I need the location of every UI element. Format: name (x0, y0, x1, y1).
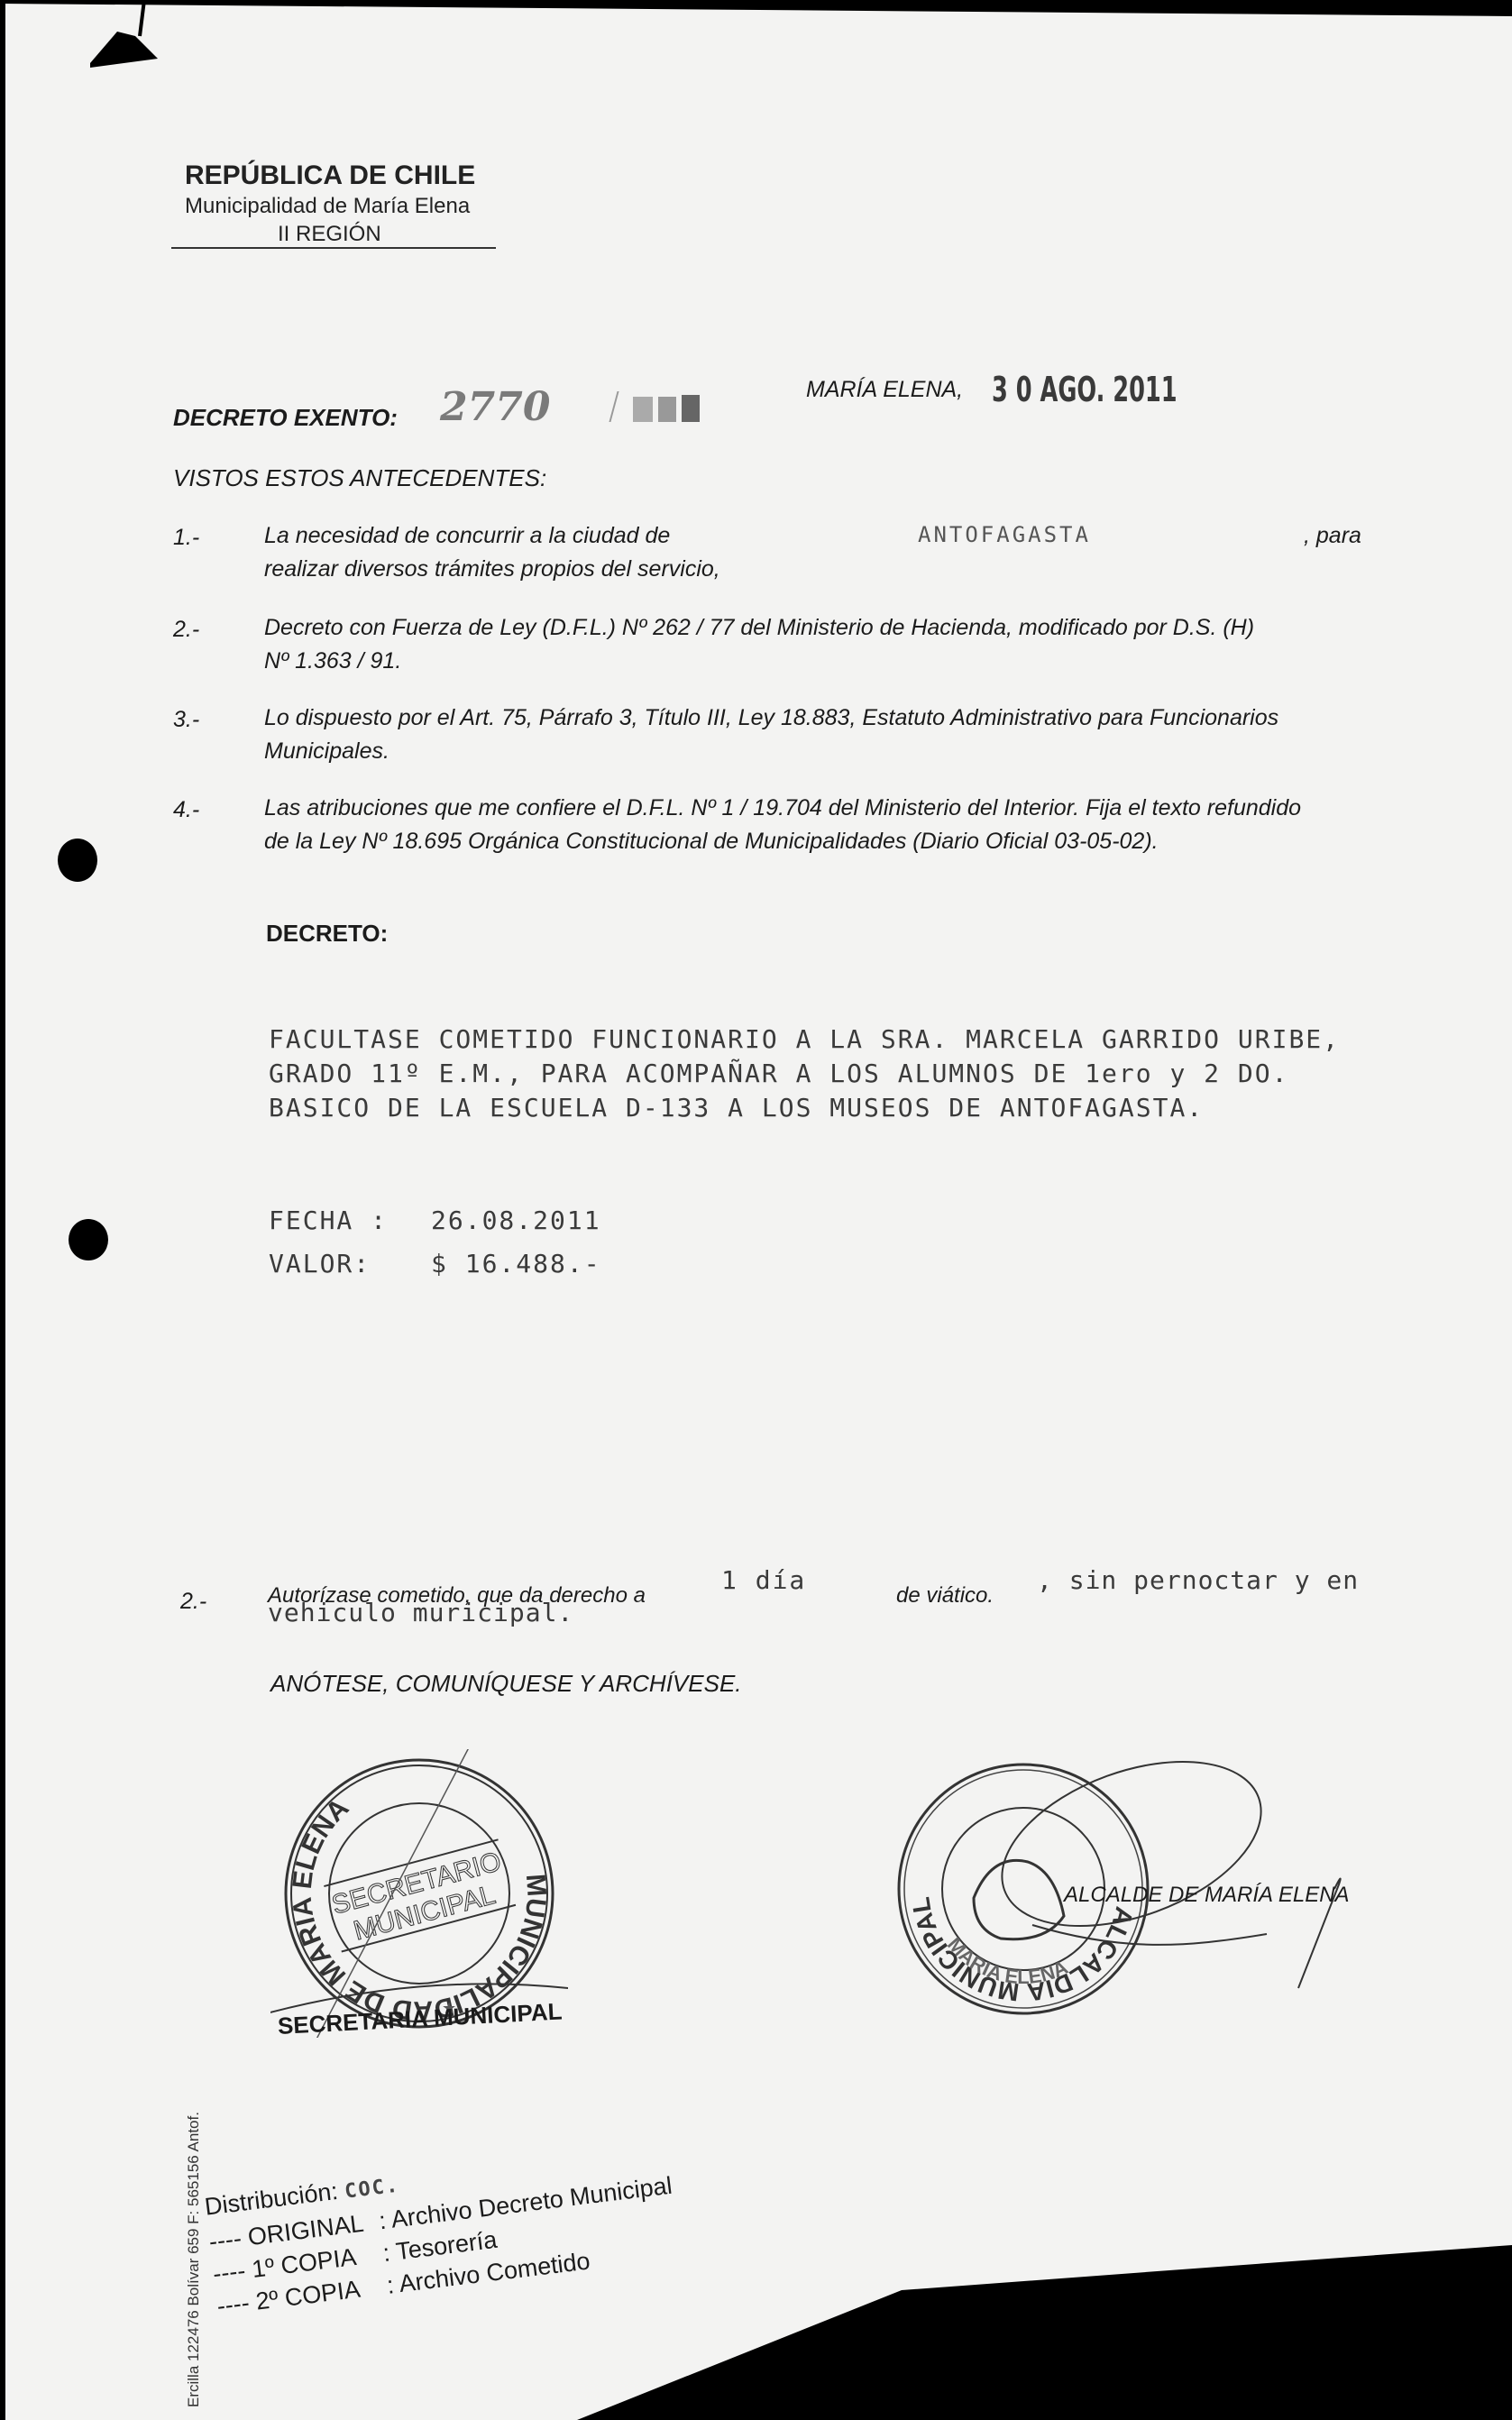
item2-number: 2.- (180, 1589, 206, 1615)
number-stamp-marks (613, 390, 703, 426)
fecha-valor-block: FECHA :26.08.2011 VALOR:$ 16.488.- (269, 1199, 601, 1286)
punch-hole (58, 839, 97, 882)
valor-label: VALOR: (269, 1242, 431, 1286)
item-4-line1: Las atribuciones que me confiere el D.F.… (264, 792, 1301, 825)
item-2-line1: Decreto con Fuerza de Ley (D.F.L.) Nº 26… (264, 611, 1254, 645)
closing-formula: ANÓTESE, COMUNÍQUESE Y ARCHÍVESE. (270, 1670, 742, 1698)
letterhead-rule (171, 247, 496, 249)
item2-viatico: de viático. (896, 1583, 994, 1609)
item-1-line2: realizar diversos trámites propios del s… (264, 553, 720, 586)
item-number: 1.- (173, 525, 199, 551)
decreto-body-line: FACULTASE COMETIDO FUNCIONARIO A LA SRA.… (269, 1022, 1340, 1057)
document-page: REPÚBLICA DE CHILE Municipalidad de Marí… (0, 0, 1512, 2420)
decree-label: DECRETO EXENTO: (173, 404, 398, 432)
distribution-block: Distribución: COC. ---- ORIGINAL: Archiv… (203, 2134, 682, 2323)
valor-value: $ 16.488.- (431, 1249, 601, 1279)
decreto-heading: DECRETO: (266, 920, 388, 948)
decree-number: 2770 (440, 384, 550, 430)
punch-hole (69, 1219, 108, 1260)
item2-typed-line2: vehiculo muricipal. (268, 1598, 573, 1627)
letterhead-region: II REGIÓN (278, 222, 381, 247)
vistos-title: VISTOS ESTOS ANTECEDENTES: (173, 464, 546, 492)
item-3-line2: Municipales. (264, 735, 389, 768)
item-2-line2: Nº 1.363 / 91. (264, 645, 401, 678)
item-4-line2: de la Ley Nº 18.695 Orgánica Constitucio… (264, 825, 1159, 858)
letterhead-country: REPÚBLICA DE CHILE (185, 160, 475, 191)
fecha-label: FECHA : (269, 1199, 431, 1242)
decreto-body-line: GRADO 11º E.M., PARA ACOMPAÑAR A LOS ALU… (269, 1057, 1340, 1091)
item2-days: 1 día (721, 1565, 806, 1595)
decreto-body-line: BASICO DE LA ESCUELA D-133 A LOS MUSEOS … (269, 1091, 1340, 1125)
item-1-city: ANTOFAGASTA (918, 522, 1091, 547)
alcaldia-caption: ALCALDE DE MARÍA ELENA (1064, 1883, 1350, 1908)
date-stamp: 3 0 AGO. 2011 (992, 370, 1178, 409)
place: MARÍA ELENA, (806, 377, 963, 403)
decreto-body: FACULTASE COMETIDO FUNCIONARIO A LA SRA.… (269, 1022, 1340, 1125)
item-number: 2.- (173, 617, 199, 643)
distribution-initials: COC. (344, 2174, 401, 2203)
item-number: 3.- (173, 707, 199, 733)
item-1-tail: , para (1304, 519, 1361, 553)
item2-typed-tail: , sin pernoctar y en (1037, 1565, 1359, 1595)
item-number: 4.- (173, 797, 199, 823)
secretaria-seal: MUNICIPALIDAD DE MARIA ELENA SECRETARIO … (270, 1749, 568, 2038)
letterhead-municipality: Municipalidad de María Elena (185, 194, 470, 219)
item-3-line1: Lo dispuesto por el Art. 75, Párrafo 3, … (264, 701, 1278, 735)
fecha-value: 26.08.2011 (431, 1205, 601, 1235)
item-1-line1: La necesidad de concurrir a la ciudad de (264, 519, 670, 553)
printer-imprint: Ercilla 122476 Bolívar 659 F: 565156 Ant… (185, 2112, 203, 2407)
scan-border (0, 0, 1512, 2420)
